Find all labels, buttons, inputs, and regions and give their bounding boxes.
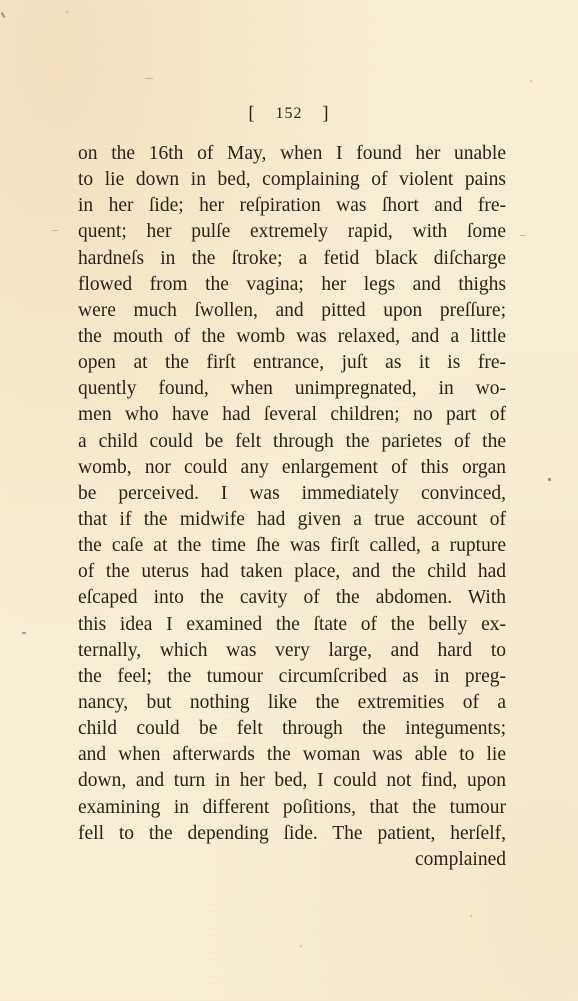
text-line: of the uterus had taken place, and the c…: [78, 559, 506, 585]
page-number: 152: [276, 105, 303, 122]
text-line: down, and turn in her bed, I could not f…: [78, 768, 506, 794]
text-line: hardneſs in the ſtroke; a fetid black di…: [78, 246, 506, 272]
page-number-bracket-left: [: [248, 103, 255, 125]
text-line: on the 16th of May, when I found her una…: [78, 141, 506, 167]
text-line: fell to the depending ſide. The patient,…: [78, 821, 506, 847]
text-line: to lie down in bed, complaining of viole…: [78, 167, 506, 193]
text-line: the mouth of the womb was relaxed, and a…: [78, 324, 506, 350]
text-line: quent; her pulſe extremely rapid, with ſ…: [78, 219, 506, 245]
page-number-header: [ 152 ]: [0, 103, 578, 125]
text-line: flowed from the vagina; her legs and thi…: [78, 272, 506, 298]
paper-speck: [1, 12, 6, 18]
paper-speck: [52, 230, 58, 231]
text-line: this idea I examined the ſtate of the be…: [78, 612, 506, 638]
paper-speck: [145, 78, 153, 79]
text-line: quently found, when unimpregnated, in wo…: [78, 376, 506, 402]
text-line: men who have had ſeveral children; no pa…: [78, 402, 506, 428]
text-line: the feel; the tumour circumſcribed as in…: [78, 664, 506, 690]
text-line: be perceived. I was immediately convince…: [78, 481, 506, 507]
page-number-bracket-right: ]: [322, 103, 329, 125]
text-line: the caſe at the time ſhe was firſt calle…: [78, 533, 506, 559]
text-line: child could be felt through the integume…: [78, 716, 506, 742]
paper-speck: [300, 945, 302, 947]
book-page: [ 152 ] on the 16th of May, when I found…: [0, 0, 578, 1001]
paper-speck: [520, 235, 526, 236]
catchword: complained: [78, 847, 506, 873]
text-line: and when afterwards the woman was able t…: [78, 742, 506, 768]
paper-speck: [66, 11, 68, 13]
text-line: eſcaped into the cavity of the abdomen. …: [78, 585, 506, 611]
text-line: a child could be felt through the pariet…: [78, 429, 506, 455]
text-line: ternally, which was very large, and hard…: [78, 638, 506, 664]
text-line: were much ſwollen, and pitted upon preſſ…: [78, 298, 506, 324]
paper-speck: [470, 915, 472, 917]
text-line: that if the midwife had given a true acc…: [78, 507, 506, 533]
text-line: in her ſide; her reſpiration was ſhort a…: [78, 193, 506, 219]
paper-speck: [548, 478, 551, 481]
text-line: examining in different poſitions, that t…: [78, 795, 506, 821]
paper-speck: [530, 80, 532, 82]
paper-speck: [22, 632, 26, 634]
text-line: open at the firſt entrance, juſt as it i…: [78, 350, 506, 376]
body-text: on the 16th of May, when I found her una…: [78, 141, 506, 873]
text-line: nancy, but nothing like the extremities …: [78, 690, 506, 716]
text-line: womb, nor could any enlargement of this …: [78, 455, 506, 481]
